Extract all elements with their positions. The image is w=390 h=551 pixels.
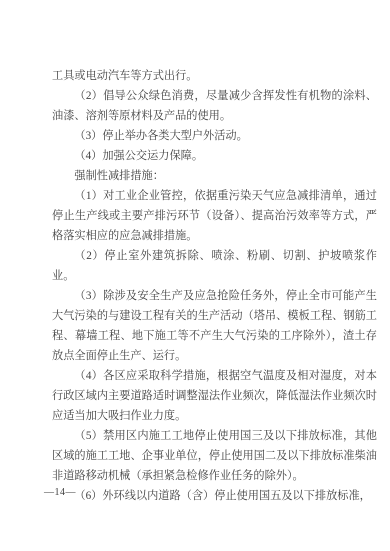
paragraph-mandatory-4: （4）各区应采取科学措施，根据空气温度及相对湿度，对本行政区域内主要道路适时调整… [52, 366, 377, 426]
paragraph-mandatory-3: （3）除涉及安全生产及应急抢险任务外，停止全市可能产生大气污染的与建设工程有关的… [52, 286, 377, 366]
document-page: 工具或电动汽车等方式出行。 （2）倡导公众绿色消费，尽量减少含挥发性有机物的涂料… [0, 0, 390, 551]
paragraph-mandatory-6: （6）外环线以内道路（含）停止使用国五及以下排放标准， [52, 486, 377, 506]
document-text-block: 工具或电动汽车等方式出行。 （2）倡导公众绿色消费，尽量减少含挥发性有机物的涂料… [52, 66, 377, 506]
paragraph-guidance-2: （2）倡导公众绿色消费，尽量减少含挥发性有机物的涂料、油漆、溶剂等原材料及产品的… [52, 86, 377, 126]
section-heading: 强制性减排措施： [52, 166, 377, 186]
paragraph-guidance-3: （3）停止举办各类大型户外活动。 [52, 126, 377, 146]
paragraph-guidance-4: （4）加强公交运力保障。 [52, 146, 377, 166]
paragraph-mandatory-1: （1）对工业企业管控，依据重污染天气应急减排清单，通过停止生产线或主要产排污环节… [52, 186, 377, 246]
paragraph-mandatory-5: （5）禁用区内施工工地停止使用国三及以下排放标准，其他区域的施工工地、企事业单位… [52, 426, 377, 486]
paragraph-mandatory-2: （2）停止室外建筑拆除、喷涂、粉刷、切割、护坡喷浆作业。 [52, 246, 377, 286]
page-number: —14— [44, 487, 76, 498]
continuation-line: 工具或电动汽车等方式出行。 [52, 66, 377, 86]
